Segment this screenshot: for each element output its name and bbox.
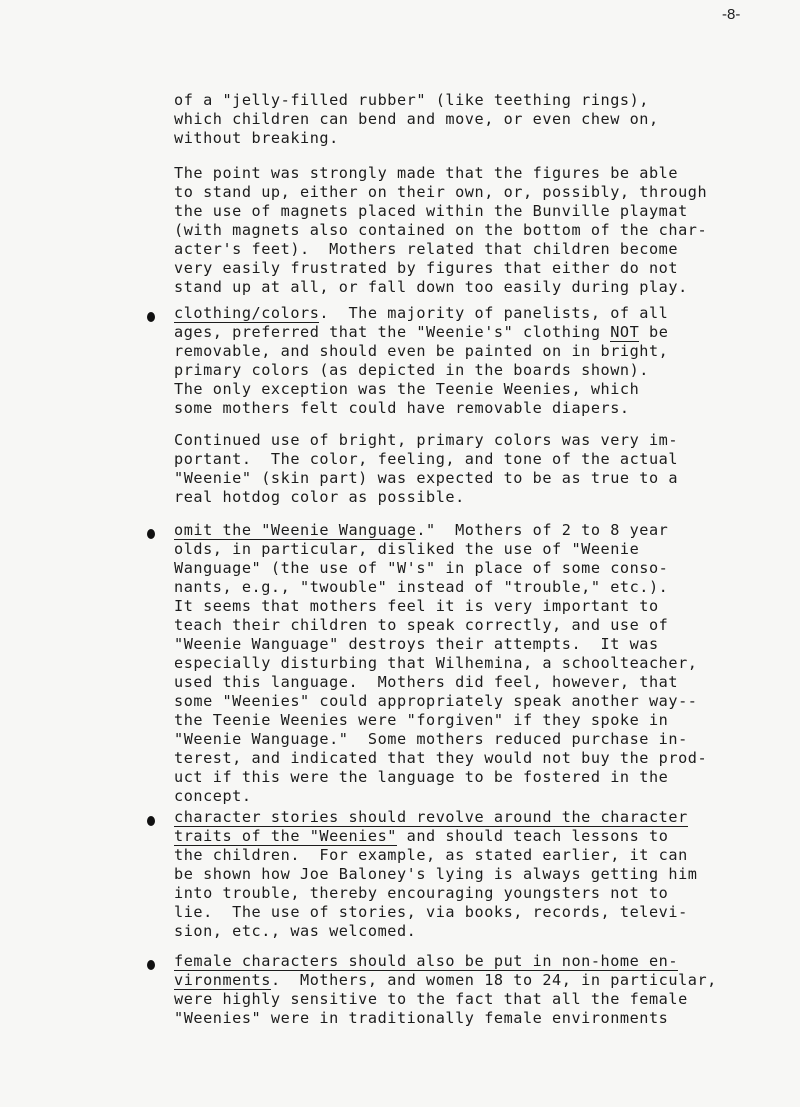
bullet-heading: traits of the "Weenies"	[174, 827, 397, 846]
text-line: into trouble, thereby encouraging youngs…	[174, 884, 697, 903]
text-fragment: ages, preferred that the "Weenie's" clot…	[174, 323, 610, 341]
text-line: It seems that mothers feel it is very im…	[174, 597, 707, 616]
bullet-icon	[147, 960, 155, 970]
bullet-heading: character stories should revolve around …	[174, 808, 688, 827]
text-line: to stand up, either on their own, or, po…	[174, 183, 707, 202]
bullet-female-characters: female characters should also be put in …	[174, 952, 717, 1028]
text-line: The point was strongly made that the fig…	[174, 164, 707, 183]
text-line: uct if this were the language to be fost…	[174, 768, 707, 787]
text-line: used this language. Mothers did feel, ho…	[174, 673, 707, 692]
text-line: "Weenies" were in traditionally female e…	[174, 1009, 717, 1028]
bullet-heading: female characters should also be put in …	[174, 952, 678, 971]
page-number: -8-	[722, 6, 740, 23]
text-line: portant. The color, feeling, and tone of…	[174, 450, 678, 469]
text-line: were highly sensitive to the fact that a…	[174, 990, 717, 1009]
text-fragment: and should teach lessons to	[397, 827, 668, 845]
text-line: primary colors (as depicted in the board…	[174, 361, 668, 380]
bullet-clothing-colors: clothing/colors. The majority of panelis…	[174, 304, 668, 418]
text-line: "Weenie" (skin part) was expected to be …	[174, 469, 678, 488]
text-line: real hotdog color as possible.	[174, 488, 678, 507]
text-line: some mothers felt could have removable d…	[174, 399, 668, 418]
text-line: terest, and indicated that they would no…	[174, 749, 707, 768]
text-line: (with magnets also contained on the bott…	[174, 221, 707, 240]
bullet-character-stories: character stories should revolve around …	[174, 808, 697, 941]
text-line: concept.	[174, 787, 707, 806]
text-line: the children. For example, as stated ear…	[174, 846, 697, 865]
paragraph-bright-colors: Continued use of bright, primary colors …	[174, 431, 678, 507]
bullet-weenie-wanguage: omit the "Weenie Wanguage." Mothers of 2…	[174, 521, 707, 806]
bullet-heading: clothing/colors	[174, 304, 319, 323]
text-fragment: ." Mothers of 2 to 8 year	[416, 521, 668, 539]
text-line: nants, e.g., "twouble" instead of "troub…	[174, 578, 707, 597]
bullet-icon	[147, 312, 155, 322]
text-line: some "Weenies" could appropriately speak…	[174, 692, 707, 711]
text-line: the Teenie Weenies were "forgiven" if th…	[174, 711, 707, 730]
text-fragment: be	[639, 323, 668, 341]
bullet-icon	[147, 816, 155, 826]
text-line: which children can bend and move, or eve…	[174, 110, 659, 129]
bullet-heading: omit the "Weenie Wanguage	[174, 521, 416, 540]
text-line: without breaking.	[174, 129, 659, 148]
text-line: the use of magnets placed within the Bun…	[174, 202, 707, 221]
text-line: especially disturbing that Wilhemina, a …	[174, 654, 707, 673]
text-line: very easily frustrated by figures that e…	[174, 259, 707, 278]
text-line: of a "jelly-filled rubber" (like teethin…	[174, 91, 659, 110]
text-line: lie. The use of stories, via books, reco…	[174, 903, 697, 922]
paragraph-standing-figures: The point was strongly made that the fig…	[174, 164, 707, 297]
text-line: sion, etc., was welcomed.	[174, 922, 697, 941]
text-line: olds, in particular, disliked the use of…	[174, 540, 707, 559]
text-line: be shown how Joe Baloney's lying is alwa…	[174, 865, 697, 884]
text-line: "Weenie Wanguage." Some mothers reduced …	[174, 730, 707, 749]
text-fragment: . Mothers, and women 18 to 24, in partic…	[271, 971, 717, 989]
text-line: "Weenie Wanguage" destroys their attempt…	[174, 635, 707, 654]
text-line: stand up at all, or fall down too easily…	[174, 278, 707, 297]
text-line: Wanguage" (the use of "W's" in place of …	[174, 559, 707, 578]
text-line: acter's feet). Mothers related that chil…	[174, 240, 707, 259]
paragraph-figure-material: of a "jelly-filled rubber" (like teethin…	[174, 91, 659, 148]
bullet-icon	[147, 529, 155, 539]
bullet-heading: vironments	[174, 971, 271, 990]
emphasis-not: NOT	[610, 323, 639, 342]
text-line: removable, and should even be painted on…	[174, 342, 668, 361]
text-line: teach their children to speak correctly,…	[174, 616, 707, 635]
text-fragment: . The majority of panelists, of all	[319, 304, 668, 322]
text-line: Continued use of bright, primary colors …	[174, 431, 678, 450]
text-line: The only exception was the Teenie Weenie…	[174, 380, 668, 399]
